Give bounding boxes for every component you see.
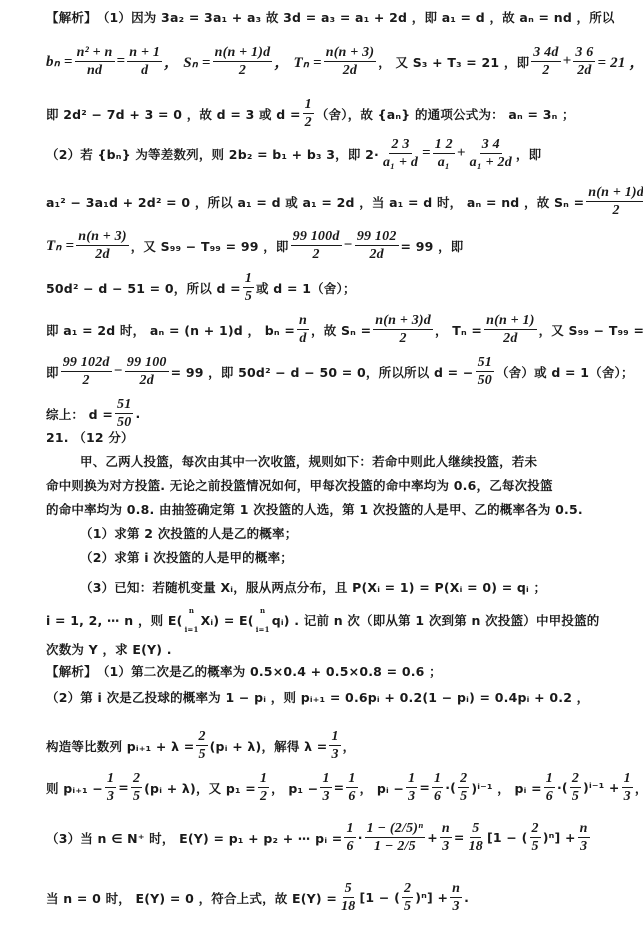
lower-limit: i=1 (256, 625, 270, 634)
denominator: 5 (131, 788, 142, 805)
numerator: 2 (458, 770, 469, 788)
denominator: 5 (196, 746, 207, 763)
solution2-line-2: （2）第 i 次是乙投球的概率为 1 − pᵢ ，则 pᵢ₊₁ = 0.6pᵢ … (46, 688, 623, 706)
numerator: 1 (303, 96, 314, 114)
fraction: n(n + 3)2d (76, 228, 128, 263)
numerator: 2 (196, 728, 207, 746)
fraction: 13 (320, 770, 331, 805)
numerator: 1 (346, 770, 357, 788)
solution-text: ·( (557, 780, 568, 795)
solution-text: （2）第 i 次是乙投球的概率为 1 − pᵢ ，则 pᵢ₊₁ = 0.6pᵢ … (46, 688, 589, 706)
question-text: （2）求第 i 次投篮的人是甲的概率； (80, 548, 293, 566)
fraction: 99 102d2 (61, 354, 112, 389)
fraction: n(n + 1)d2 (213, 44, 273, 79)
solution-text: 或 d = 1（舍）； (256, 279, 356, 297)
fraction: 25 (530, 820, 541, 855)
denominator: 5 (458, 788, 469, 805)
solution-text: = (118, 780, 129, 795)
summation-limits: ni=1 (256, 606, 270, 634)
fraction: n + 1d (127, 44, 162, 79)
minus: − (114, 363, 123, 380)
numerator: 99 100d (291, 228, 342, 246)
fraction: nd (297, 312, 309, 347)
question-stem-1: 甲、乙两人投篮，每次由其中一次收篮，规则如下：若命中则此人继续投篮，若未 (80, 452, 623, 470)
lower-limit: i=1 (185, 625, 199, 634)
numerator: n (578, 820, 590, 838)
solution-text: ，故 Sₙ = (311, 321, 371, 339)
solution-line-1: 【解析】 （1）因为 3a₂ = 3a₁ + a₃ 故 3d = a₃ = a₁… (46, 8, 623, 26)
solution2-line-1: 【解析】 （1）第二次是乙的概率为 0.5×0.4 + 0.5×0.8 = 0.… (46, 662, 623, 680)
denominator: 2d (367, 246, 385, 263)
denominator: 5 (243, 288, 254, 305)
numerator: n(n + 1)d (586, 184, 643, 202)
question-21-header: 21. （12 分） (46, 428, 623, 446)
solution-text: )ⁱ⁻¹ ， pᵢ = (471, 779, 541, 797)
numerator: 99 100 (125, 354, 169, 372)
solution-text: )ⁿ] + (543, 830, 576, 845)
fraction: 3 4d2 (531, 44, 560, 79)
solution-text: （1）第二次是乙的概率为 0.5×0.4 + 0.5×0.8 = 0.6 ； (97, 662, 442, 680)
denominator: 1 − 2/5 (372, 838, 418, 855)
fraction: 1 2a₁ (433, 136, 455, 171)
question-stem-3: 的命中率均为 0.8. 由抽签确定第 1 次投篮的人选，第 1 次投篮的人是甲、… (46, 500, 623, 518)
bn-label: bₙ = (46, 52, 73, 71)
denominator: 3 (578, 838, 589, 855)
fraction: 15 (243, 270, 254, 305)
numerator: n (450, 880, 462, 898)
numerator: 3 6 (573, 44, 595, 62)
numerator: n (297, 312, 309, 330)
fraction: 5150 (476, 354, 494, 389)
solution-text: ， pᵢ − (360, 779, 405, 797)
document-page: 【解析】 （1）因为 3a₂ = 3a₁ + a₃ 故 3d = a₃ = a₁… (0, 0, 643, 929)
denominator: 50 (476, 372, 494, 389)
solution-line-9: 即 99 102d2 − 99 1002d = 99 ，即 50d² − d −… (46, 354, 623, 389)
fraction: 13 (329, 728, 340, 763)
equation-end: = 21 ， (597, 51, 643, 72)
fraction: 25 (131, 770, 142, 805)
condition-text: ， 又 S₃ + T₃ = 21 ，即 (378, 53, 529, 71)
numerator: 3 4d (531, 44, 560, 62)
fraction: 518 (339, 880, 357, 915)
sub-question-3-end: 次数为 Y ，求 E(Y) . (46, 640, 623, 658)
denominator: 3 (329, 746, 340, 763)
fraction: n3 (450, 880, 462, 915)
tn-label: ， Tₙ = (274, 51, 321, 72)
solution2-line-6: 当 n = 0 时， E(Y) = 0 ，符合上式，故 E(Y) = 518 [… (46, 880, 623, 915)
solution2-line-3: 构造等比数列 pᵢ₊₁ + λ = 25 (pᵢ + λ)，解得 λ = 13 … (46, 728, 623, 763)
solution-text: 综上： d = (46, 405, 113, 423)
solution-text: ， p₁ − (271, 779, 318, 797)
solution-line-8: 即 a₁ = 2d 时， aₙ = (n + 1)d ， bₙ = nd ，故 … (46, 312, 623, 347)
fraction: n(n + 3)d2 (373, 312, 433, 347)
denominator: 5 (402, 898, 413, 915)
denominator: 3 (320, 788, 331, 805)
fraction: 99 1002d (125, 354, 169, 389)
denominator: 2 (310, 246, 321, 263)
numerator: 1 (344, 820, 355, 838)
solution-line-4: （2）若 {bₙ} 为等差数列，则 2b₂ = b₁ + b₃ 3，即 2· 2… (46, 136, 623, 171)
plus: + (457, 145, 466, 162)
numerator: 1 (544, 770, 555, 788)
fraction: n3 (440, 820, 452, 855)
denominator: 3 (406, 788, 417, 805)
question-text: （3）已知：若随机变量 Xᵢ，服从两点分布，且 P(Xᵢ = 1) = P(Xᵢ… (80, 578, 546, 596)
numerator: n + 1 (127, 44, 162, 62)
solution-text: . (135, 406, 140, 421)
solution-text: 即 (46, 363, 59, 381)
fraction: 99 100d2 (291, 228, 342, 263)
denominator: 5 (530, 838, 541, 855)
numerator: 1 (105, 770, 116, 788)
solution-label: 【解析】 (46, 662, 97, 680)
denominator: 2 (398, 330, 409, 347)
numerator: 2 (570, 770, 581, 788)
question-text: 的命中率均为 0.8. 由抽签确定第 1 次投篮的人选，第 1 次投篮的人是甲、… (46, 500, 583, 518)
numerator: 1 (258, 770, 269, 788)
fraction: 5150 (115, 396, 133, 431)
numerator: n² + n (75, 44, 115, 62)
denominator: 2 (81, 372, 92, 389)
solution-text: 构造等比数列 pᵢ₊₁ + λ = (46, 737, 194, 755)
fraction: n3 (578, 820, 590, 855)
numerator: 1 (320, 770, 331, 788)
equals: = (117, 53, 126, 70)
numerator: 99 102 (355, 228, 399, 246)
solution2-line-4: 则 pᵢ₊₁ − 13 = 25 (pᵢ + λ)，又 p₁ = 12 ， p₁… (46, 770, 623, 805)
solution-text: 50d² − d − 51 = 0，所以 d = (46, 279, 241, 297)
question-text: 命中则换为对方投篮. 无论之前投篮情况如何，甲每次投篮的命中率均为 0.6，乙每… (46, 476, 553, 494)
upper-limit: n (260, 606, 265, 615)
solution-text: ，又 S₉₉ − T₉₉ = 99 ，即 (131, 237, 289, 255)
dot: · (358, 830, 363, 845)
solution-text: )ⁿ] + (415, 890, 448, 905)
fraction: 1 − (2/5)ⁿ1 − 2/5 (365, 820, 426, 855)
fraction: 13 (105, 770, 116, 805)
denominator: 2d (93, 246, 111, 263)
fraction: 3 62d (573, 44, 595, 79)
denominator: 18 (467, 838, 485, 855)
denominator: 2d (501, 330, 519, 347)
solution-text: ，即 (516, 145, 541, 163)
solution-text: ，又 S₉₉ − T₉₉ = 99 ， (539, 321, 643, 339)
question-text: 次数为 Y ，求 E(Y) . (46, 640, 172, 658)
numerator: 99 102d (61, 354, 112, 372)
solution-text: 当 n = 0 时， E(Y) = 0 ，符合上式，故 E(Y) = (46, 889, 337, 907)
solution-text: = 99 ，即 50d² − d − 50 = 0，所以所以 d = − (171, 363, 474, 381)
solution-line-2: bₙ = n² + nnd = n + 1d ， Sₙ = n(n + 1)d2… (46, 44, 623, 79)
solution-text: [1 − ( (359, 890, 400, 905)
solution-text: )ⁱ⁻¹ + (583, 780, 620, 795)
fraction: 25 (458, 770, 469, 805)
numerator: 2 3 (389, 136, 411, 154)
denominator: 2 (540, 62, 551, 79)
solution-text: 即 2d² − 7d + 3 = 0 ，故 d = 3 或 d = (46, 105, 301, 123)
denominator: a₁ + 2d (468, 154, 514, 171)
solution-line-7: 50d² − d − 51 = 0，所以 d = 15 或 d = 1（舍）； (46, 270, 623, 305)
fraction: 518 (467, 820, 485, 855)
denominator: 6 (432, 788, 443, 805)
numerator: 1 (432, 770, 443, 788)
denominator: d (139, 62, 150, 79)
numerator: n(n + 3) (324, 44, 376, 62)
denominator: 3 (622, 788, 633, 805)
fraction: 16 (544, 770, 555, 805)
solution-text: [1 − ( (487, 830, 528, 845)
fraction: n(n + 1)d2 (586, 184, 643, 219)
solution-text: ， Tₙ = (435, 321, 482, 339)
fraction: 25 (402, 880, 413, 915)
denominator: 6 (346, 788, 357, 805)
denominator: 2d (341, 62, 359, 79)
denominator: 3 (105, 788, 116, 805)
sub-question-3-cont: i = 1, 2, ⋯ n ，则 E( ni=1 Xᵢ) = E( ni=1 q… (46, 606, 623, 634)
numerator: n(n + 3)d (373, 312, 433, 330)
fraction: n(n + 3)2d (324, 44, 376, 79)
question-stem-2: 命中则换为对方投篮. 无论之前投篮情况如何，甲每次投篮的命中率均为 0.6，乙每… (46, 476, 623, 494)
question-text: qᵢ) . 记前 n 次（即从第 1 次到第 n 次投篮）中甲投篮的 (272, 611, 600, 629)
solution-text: (pᵢ + λ)，解得 λ = (210, 737, 328, 755)
denominator: 5 (570, 788, 581, 805)
solution-text: 则 pᵢ₊₁ − (46, 779, 103, 797)
numerator: 2 (131, 770, 142, 788)
numerator: n(n + 3) (76, 228, 128, 246)
minus: − (344, 237, 353, 254)
numerator: 51 (115, 396, 133, 414)
numerator: n (440, 820, 452, 838)
fraction: 2 3a₁ + d (381, 136, 420, 171)
fraction: 16 (432, 770, 443, 805)
denominator: 2 (303, 114, 314, 131)
sub-question-1: （1）求第 2 次投篮的人是乙的概率； (80, 524, 623, 542)
numerator: 1 (406, 770, 417, 788)
solution-text: （舍）或 d = 1（舍）； (496, 363, 634, 381)
solution-text: = 99 ，即 (401, 237, 464, 255)
question-number: 21. （12 分） (46, 428, 134, 446)
solution2-line-5: （3）当 n ∈ N⁺ 时， E(Y) = p₁ + p₂ + ⋯ pᵢ = 1… (46, 820, 623, 855)
numerator: 2 (530, 820, 541, 838)
fraction: 13 (622, 770, 633, 805)
question-text: i = 1, 2, ⋯ n ，则 E( (46, 611, 183, 629)
denominator: 2 (258, 788, 269, 805)
summation-limits: ni=1 (185, 606, 199, 634)
solution-text: （3）当 n ∈ N⁺ 时， E(Y) = p₁ + p₂ + ⋯ pᵢ = (46, 829, 342, 847)
numerator: n(n + 1) (484, 312, 536, 330)
solution-text: （2）若 {bₙ} 为等差数列，则 2b₂ = b₁ + b₃ 3，即 2· (46, 145, 379, 163)
solution-text: = (454, 830, 465, 845)
fraction: 16 (344, 820, 355, 855)
fraction: 99 1022d (355, 228, 399, 263)
plus: + (563, 53, 572, 70)
fraction: 16 (346, 770, 357, 805)
denominator: d (297, 330, 308, 347)
solution-text: a₁² − 3a₁d + 2d² = 0 ，所以 a₁ = d 或 a₁ = 2… (46, 193, 584, 211)
numerator: 2 (402, 880, 413, 898)
denominator: 6 (544, 788, 555, 805)
numerator: 1 − (2/5)ⁿ (365, 820, 426, 838)
tn-label: Tₙ = (46, 236, 74, 255)
solution-label: 【解析】 (46, 8, 97, 26)
fraction: n(n + 1)2d (484, 312, 536, 347)
denominator: 2d (575, 62, 593, 79)
question-text: （1）求第 2 次投篮的人是乙的概率； (80, 524, 297, 542)
denominator: 3 (451, 898, 462, 915)
numerator: 5 (343, 880, 354, 898)
solution-text: (pᵢ + λ)，又 p₁ = (144, 779, 256, 797)
denominator: 3 (440, 838, 451, 855)
solution-text: 即 a₁ = 2d 时， aₙ = (n + 1)d ， bₙ = (46, 321, 295, 339)
numerator: n(n + 1)d (213, 44, 273, 62)
solution-text: ·( (445, 780, 456, 795)
fraction: 25 (196, 728, 207, 763)
fraction: 3 4a₁ + 2d (468, 136, 514, 171)
solution-text: ， (343, 737, 356, 755)
numerator: 51 (476, 354, 494, 372)
numerator: 1 2 (433, 136, 455, 154)
question-text: Xᵢ) = E( (201, 613, 254, 628)
denominator: a₁ (436, 154, 452, 171)
numerator: 1 (622, 770, 633, 788)
solution-line-5: a₁² − 3a₁d + 2d² = 0 ，所以 a₁ = d 或 a₁ = 2… (46, 184, 623, 219)
fraction: 13 (406, 770, 417, 805)
solution-text: （舍），故 {aₙ} 的通项公式为： aₙ = 3ₙ ； (316, 105, 575, 123)
solution-text: . (464, 890, 469, 905)
numerator: 1 (329, 728, 340, 746)
question-text: 甲、乙两人投篮，每次由其中一次收篮，规则如下：若命中则此人继续投篮，若未 (80, 452, 537, 470)
denominator: 2d (138, 372, 156, 389)
denominator: nd (85, 62, 104, 79)
denominator: 18 (339, 898, 357, 915)
upper-limit: n (189, 606, 194, 615)
denominator: 2 (237, 62, 248, 79)
numerator: 3 4 (480, 136, 502, 154)
sub-question-2: （2）求第 i 次投篮的人是甲的概率； (80, 548, 623, 566)
denominator: a₁ + d (381, 154, 420, 171)
fraction: 25 (570, 770, 581, 805)
equals: = (422, 145, 431, 162)
solution-conclusion: 综上： d = 5150 . (46, 396, 623, 431)
fraction: 12 (303, 96, 314, 131)
fraction: n² + nnd (75, 44, 115, 79)
solution-text: = (419, 780, 430, 795)
sub-question-3: （3）已知：若随机变量 Xᵢ，服从两点分布，且 P(Xᵢ = 1) = P(Xᵢ… (80, 578, 623, 596)
solution-line-6: Tₙ = n(n + 3)2d ，又 S₉₉ − T₉₉ = 99 ，即 99 … (46, 228, 623, 263)
sn-label: ， Sₙ = (164, 51, 211, 72)
numerator: 5 (470, 820, 481, 838)
solution-text: ， (635, 779, 643, 797)
solution-text: （1）因为 3a₂ = 3a₁ + a₃ 故 3d = a₃ = a₁ + 2d… (97, 8, 615, 26)
solution-text: + (427, 830, 438, 845)
solution-text: = (334, 780, 345, 795)
solution-line-3: 即 2d² − 7d + 3 = 0 ，故 d = 3 或 d = 12 （舍）… (46, 96, 623, 131)
fraction: 12 (258, 770, 269, 805)
denominator: 6 (344, 838, 355, 855)
numerator: 1 (243, 270, 254, 288)
denominator: 2 (611, 202, 622, 219)
